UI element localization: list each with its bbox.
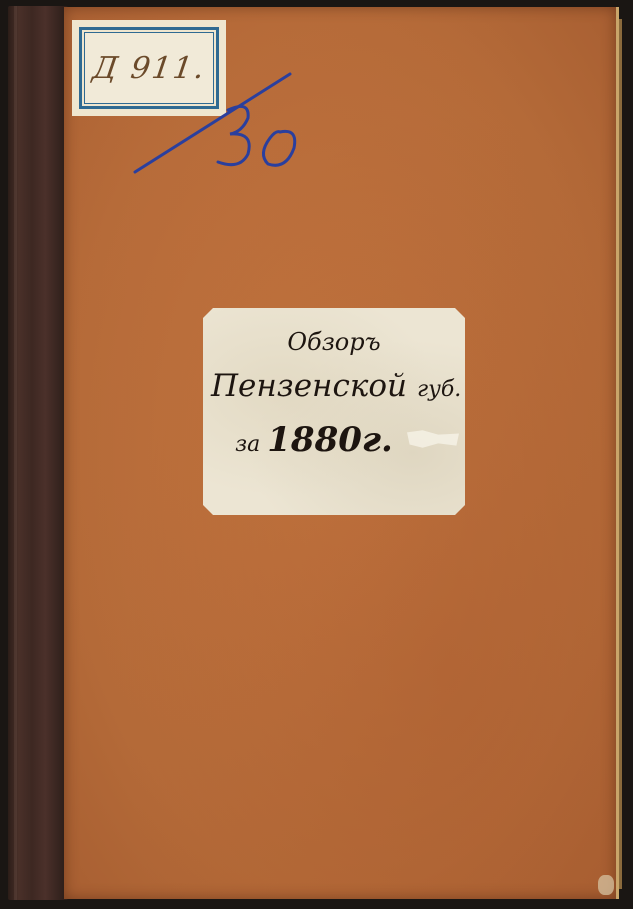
year-value: 1880г.: [267, 420, 393, 460]
title-label: Обзоръ Пензенскойгуб. за 1880г.: [203, 308, 465, 515]
year-prefix: за: [235, 432, 260, 457]
book-spine: [8, 6, 68, 900]
title-line-year: за 1880г.: [203, 420, 425, 460]
title-line-survey: Обзоръ: [203, 328, 465, 356]
province-abbr: губ.: [417, 377, 461, 402]
title-line-province: Пензенскойгуб.: [211, 368, 457, 404]
corner-wear: [598, 875, 614, 895]
province-name: Пензенской: [211, 368, 407, 404]
scan-background: Д 911. /30 Обзоръ Пензенскойгуб. за 1880…: [0, 0, 633, 909]
svg-text:/30: /30: [130, 70, 132, 71]
pencil-annotation: /30: [130, 70, 310, 180]
